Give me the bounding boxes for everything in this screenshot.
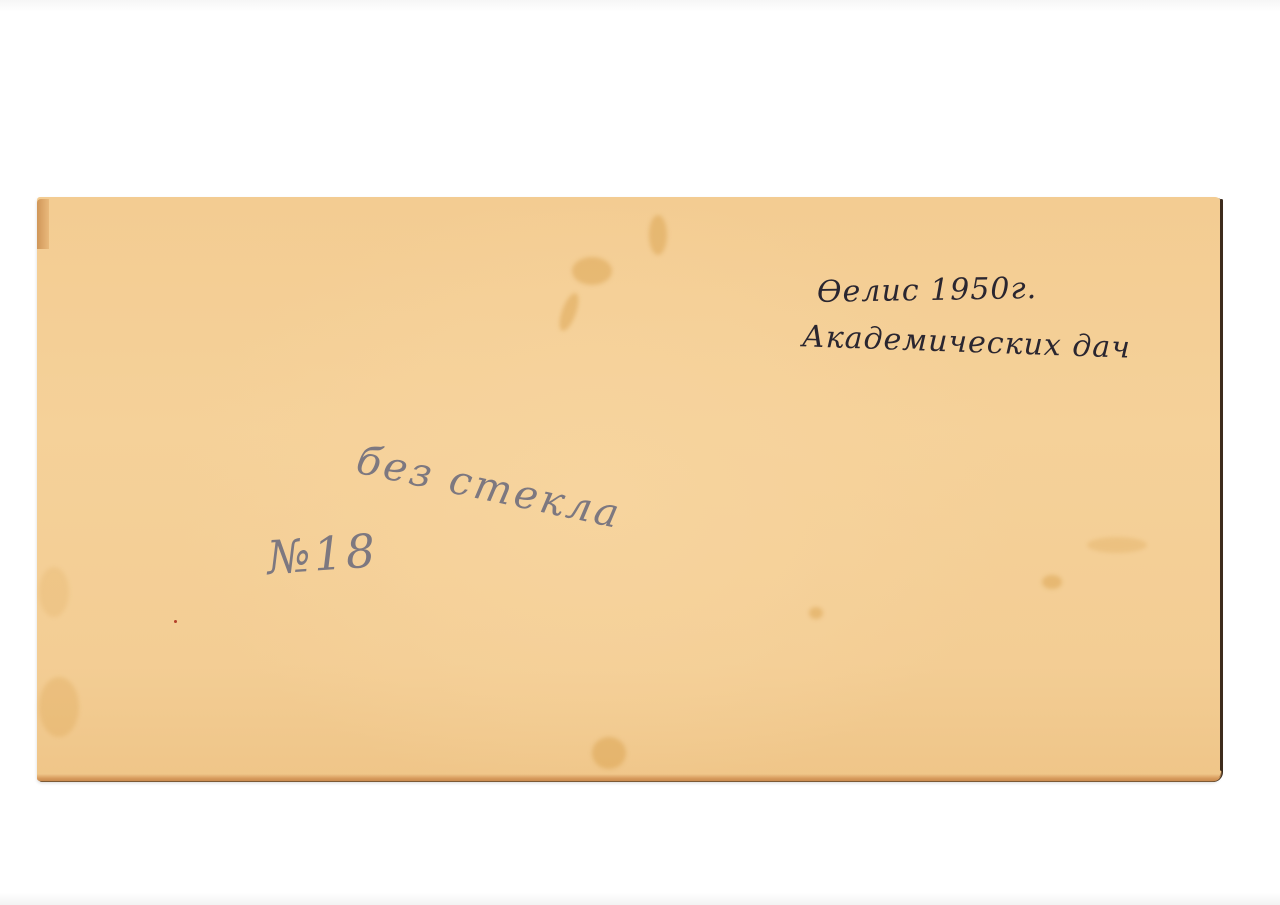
stain <box>1042 575 1062 589</box>
pencil-note-without-glass: без стекла <box>352 437 625 538</box>
pencil-note-number: №18 <box>265 523 380 585</box>
ink-note-place: Академических дач <box>801 319 1131 365</box>
stain <box>592 737 626 769</box>
card-back: Ѳелис 1950г. Академических дач без стекл… <box>37 197 1221 781</box>
red-mark <box>174 620 177 623</box>
stain <box>572 257 612 285</box>
card-right-edge <box>1220 199 1223 771</box>
card-worn-corner <box>37 199 49 249</box>
card-bottom-edge <box>37 774 1221 781</box>
stain <box>649 215 667 255</box>
stain <box>39 567 69 617</box>
stain <box>1087 537 1147 553</box>
stain <box>556 291 583 333</box>
stain <box>809 607 823 619</box>
stain <box>39 677 79 737</box>
ink-note-date: Ѳелис 1950г. <box>817 271 1038 310</box>
